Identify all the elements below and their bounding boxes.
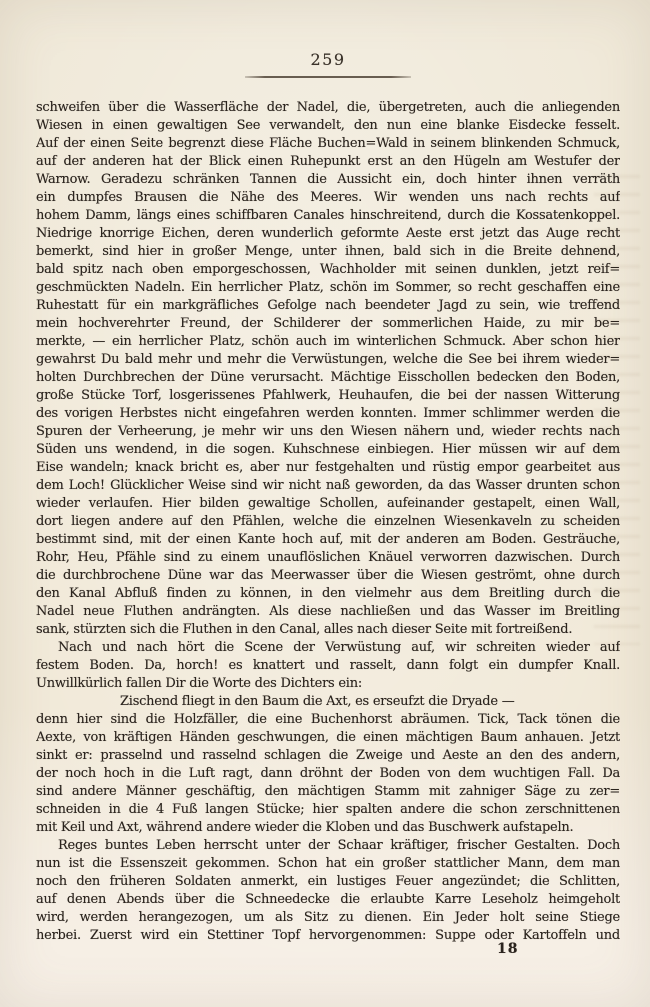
text-line: gewahrst Du bald mehr und mehr die Verwü… [36, 351, 620, 369]
text-line: Aexte, von kräftigen Händen geschwungen,… [36, 729, 620, 747]
text-line: Rohr, Heu, Pfähle sind zu einem unauflös… [36, 549, 620, 567]
text-line: bestimmt sind, mit der einen Kante hoch … [36, 531, 620, 549]
text-line: geschmückten Nadeln. Ein herrlicher Plat… [36, 279, 620, 297]
text-line: mit Keil und Axt, während andere wieder … [36, 819, 620, 837]
text-line: Eise wandeln; knack bricht es, aber nur … [36, 459, 620, 477]
text-line: Auf der einen Seite begrenzt diese Fläch… [36, 135, 620, 153]
text-line: Süden uns wendend, in die sogen. Kuhschn… [36, 441, 620, 459]
text-line: sank, stürzten sich die Fluthen in den C… [36, 621, 620, 639]
text-line: der noch hoch in die Luft ragt, dann drö… [36, 765, 620, 783]
text-line: bald spitz nach oben emporgeschossen, Wa… [36, 261, 620, 279]
text-line: Niedrige knorrige Eichen, deren wunderli… [36, 225, 620, 243]
text-line: mein hochverehrter Freund, der Schildere… [36, 315, 620, 333]
page-number: 259 [36, 50, 620, 69]
text-line: auf der anderen hat der Blick einen Ruhe… [36, 153, 620, 171]
text-line: sinkt er: prasselnd und rasselnd schlage… [36, 747, 620, 765]
text-line: wieder verlaufen. Hier bilden gewaltige … [36, 495, 620, 513]
text-line: merkte, — ein herrlicher Platz, schön au… [36, 333, 620, 351]
text-line: schneiden in die 4 Fuß langen Stücke; hi… [36, 801, 620, 819]
header-rule [245, 76, 411, 78]
text-line: wird, werden herangezogen, um als Sitz z… [36, 909, 620, 927]
text-line: hohem Damm, längs eines schiffbaren Cana… [36, 207, 620, 225]
text-line: des vorigen Herbstes nicht eingefahren w… [36, 405, 620, 423]
text-line: Reges buntes Leben herrscht unter der Sc… [36, 837, 620, 855]
text-line: den Kanal Abfluß finden zu können, in de… [36, 585, 620, 603]
text-line: sind andere Männer geschäftig, den mächt… [36, 783, 620, 801]
text-line: festem Boden. Da, horch! es knattert und… [36, 657, 620, 675]
text-line: große Stücke Torf, losgerissenes Pfahlwe… [36, 387, 620, 405]
text-line: Nach und nach hört die Scene der Verwüst… [36, 639, 620, 657]
text-line: die durchbrochene Düne war das Meerwasse… [36, 567, 620, 585]
text-line: Warnow. Geradezu schränken Tannen die Au… [36, 171, 620, 189]
text-line: bemerkt, sind hier in großer Menge, unte… [36, 243, 620, 261]
text-line: Wiesen in einen gewaltigen See verwandel… [36, 117, 620, 135]
text-line: nun ist die Essenszeit gekommen. Schon h… [36, 855, 620, 873]
page-header: 259 [36, 50, 620, 78]
text-line: schweifen über die Wasserfläche der Nade… [36, 99, 620, 117]
text-line: herbei. Zuerst wird ein Stettiner Topf h… [36, 927, 620, 945]
text-line: Zischend fliegt in den Baum die Axt, es … [36, 693, 620, 711]
text-line: holten Durchbrechen der Düne verursacht.… [36, 369, 620, 387]
text-line: noch den früheren Soldaten anmerkt, ein … [36, 873, 620, 891]
signature-mark: 18 [497, 941, 518, 957]
text-line: Ruhestatt für ein markgräfliches Gefolge… [36, 297, 620, 315]
text-line: auf denen Abends über die Schneedecke di… [36, 891, 620, 909]
text-line: Spuren der Verheerung, je mehr wir uns d… [36, 423, 620, 441]
text-line: Unwillkürlich fallen Dir die Worte des D… [36, 675, 620, 693]
text-line: dort liegen andere auf den Pfählen, welc… [36, 513, 620, 531]
text-line: ein dumpfes Brausen die Nähe des Meeres.… [36, 189, 620, 207]
body-text: schweifen über die Wasserfläche der Nade… [36, 99, 620, 945]
text-line: dem Loch! Glücklicher Weise sind wir nic… [36, 477, 620, 495]
book-page: 259 schweifen über die Wasserfläche der … [0, 0, 650, 1007]
text-line: denn hier sind die Holzfäller, die eine … [36, 711, 620, 729]
text-line: Nadel neue Fluthen andrängten. Als diese… [36, 603, 620, 621]
